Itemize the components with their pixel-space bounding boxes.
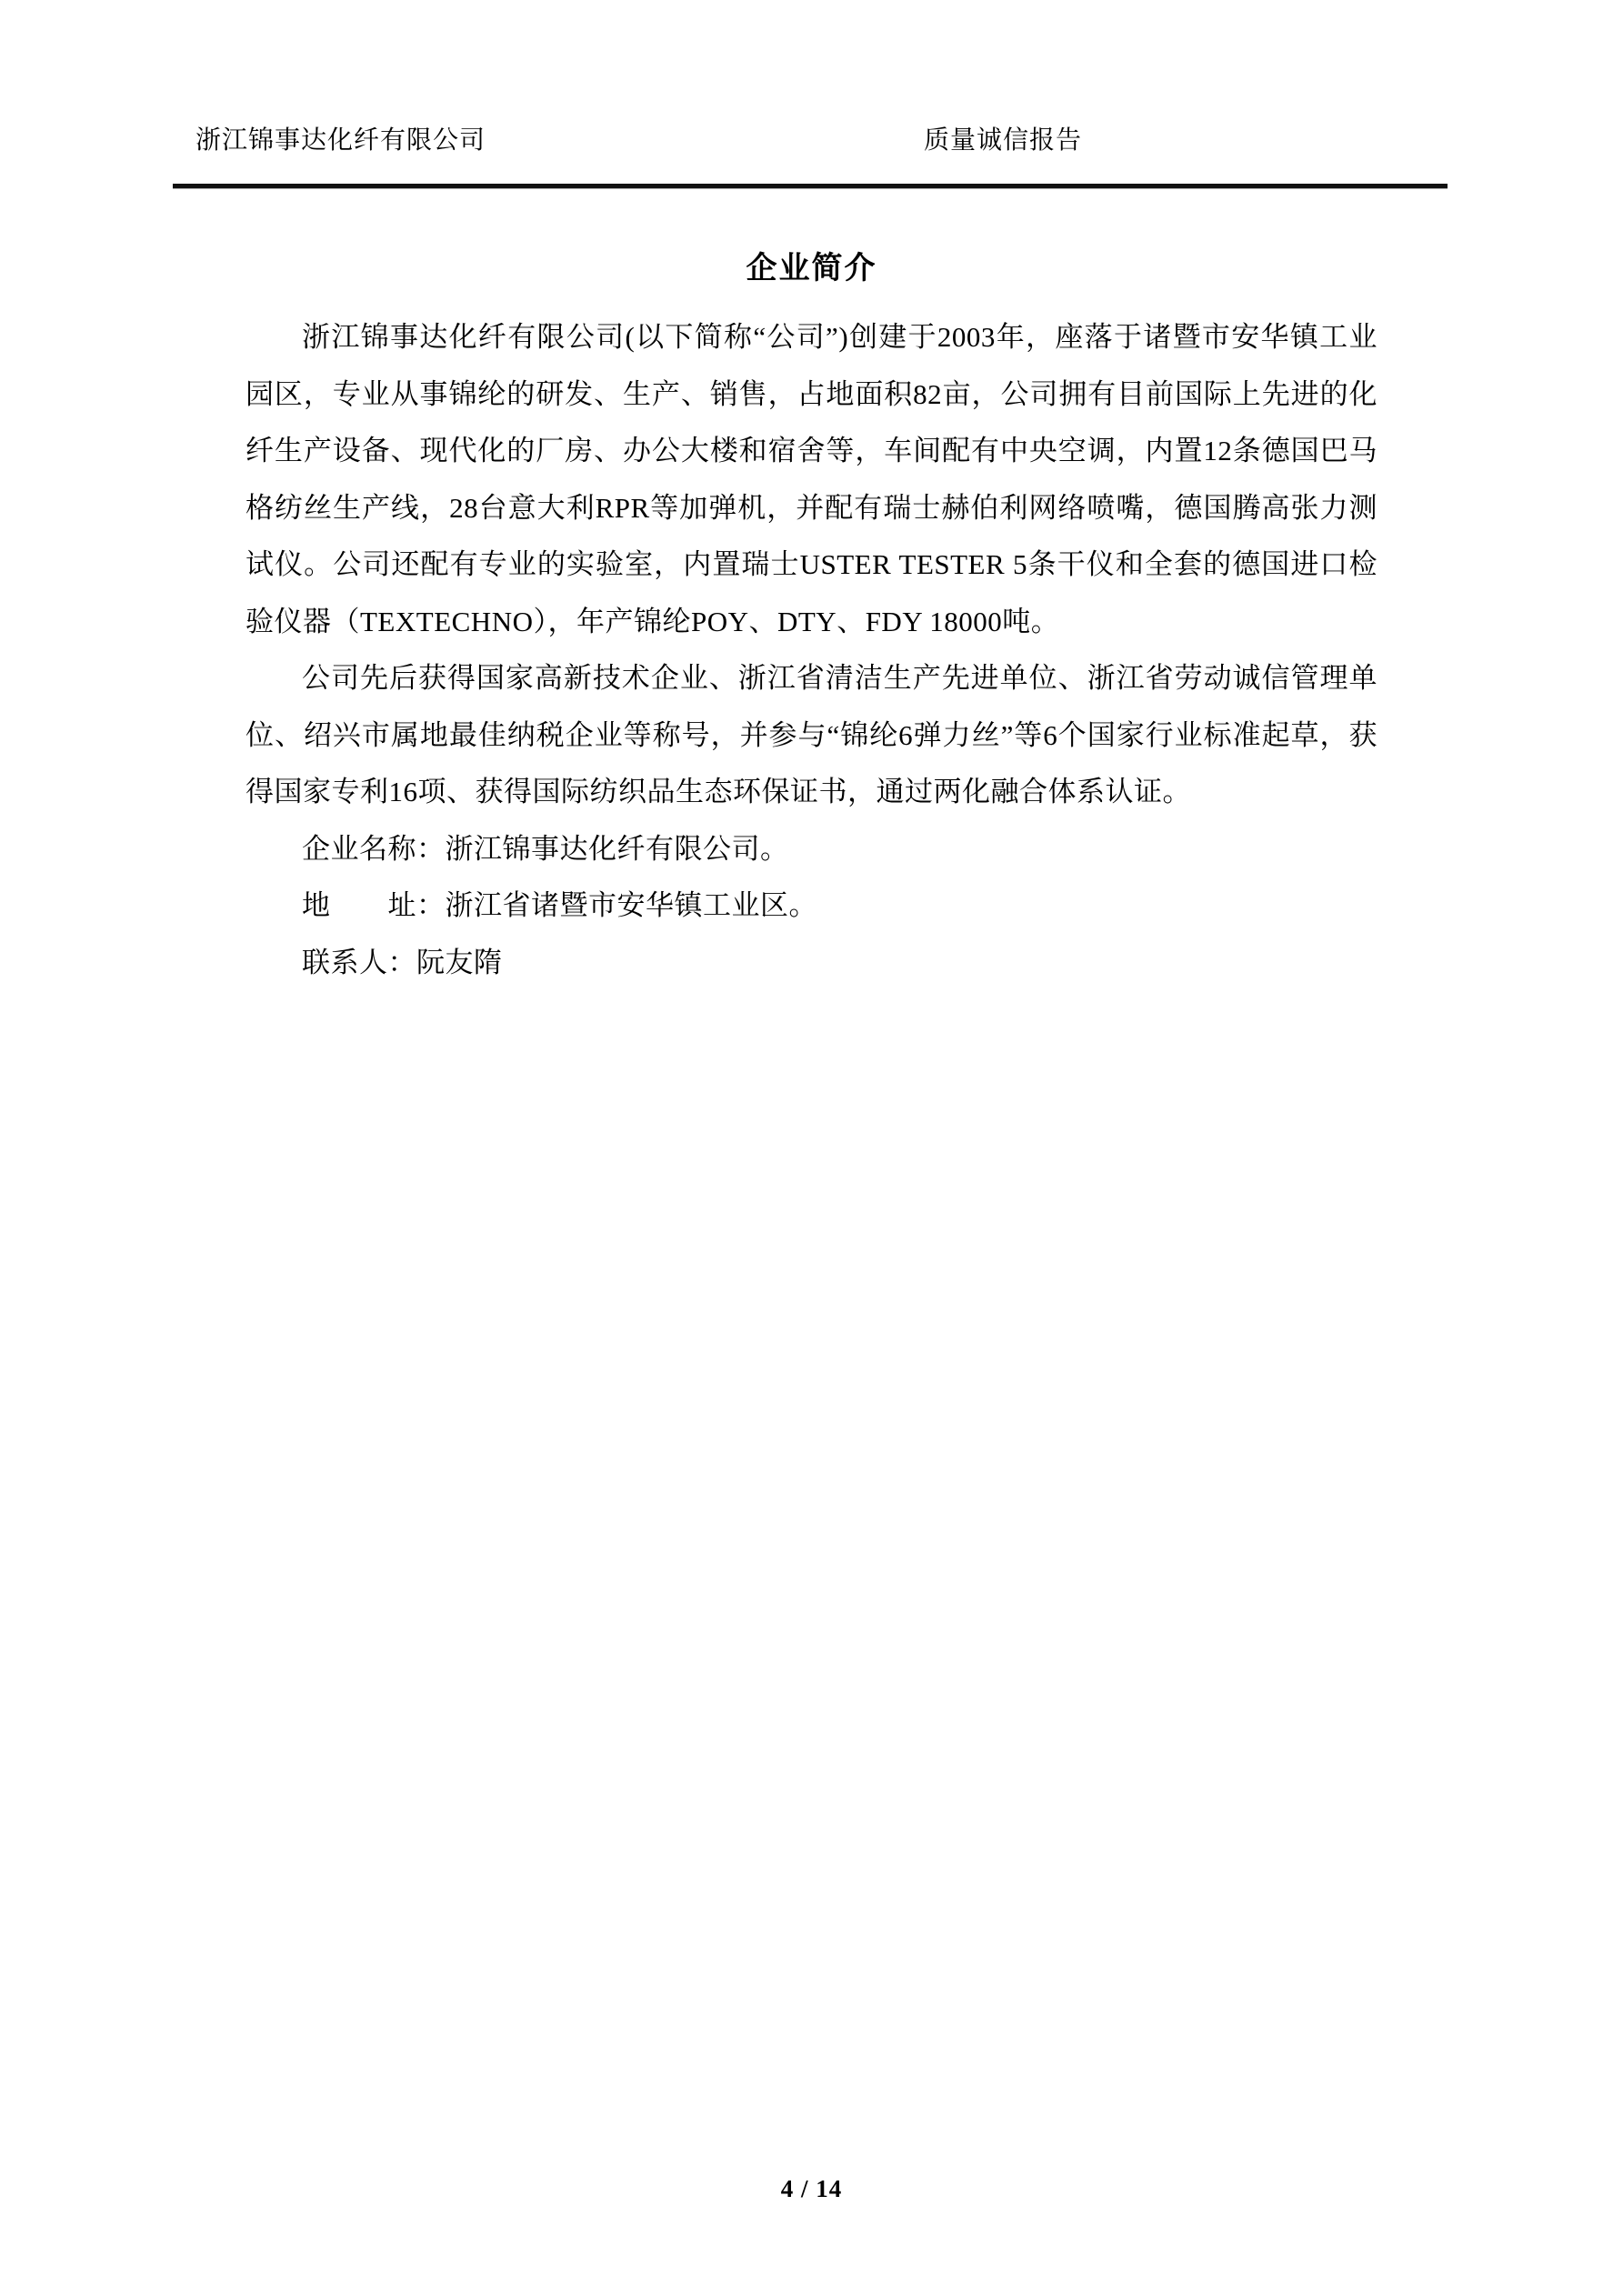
line-address: 地 址：浙江省诸暨市安华镇工业区。 — [245, 877, 1378, 935]
section-title: 企业简介 — [245, 247, 1378, 291]
paragraph-company-intro: 浙江锦事达化纤有限公司(以下简称“公司”)创建于2003年，座落于诸暨市安华镇工… — [245, 309, 1378, 650]
header-company-name: 浙江锦事达化纤有限公司 — [195, 120, 486, 156]
page-header: 浙江锦事达化纤有限公司 质量诚信报告 — [195, 120, 1082, 156]
header-report-title: 质量诚信报告 — [924, 120, 1082, 156]
page-number: 4 / 14 — [781, 2175, 843, 2202]
document-page: 浙江锦事达化纤有限公司 质量诚信报告 企业简介 浙江锦事达化纤有限公司(以下简称… — [0, 0, 1623, 2296]
page-footer: 4 / 14 — [0, 2175, 1623, 2203]
line-contact: 联系人：阮友隋 — [245, 935, 1378, 992]
header-rule — [173, 184, 1448, 189]
document-body: 企业简介 浙江锦事达化纤有限公司(以下简称“公司”)创建于2003年，座落于诸暨… — [245, 247, 1378, 991]
line-company-name: 企业名称：浙江锦事达化纤有限公司。 — [245, 821, 1378, 878]
paragraph-honors: 公司先后获得国家高新技术企业、浙江省清洁生产先进单位、浙江省劳动诚信管理单位、绍… — [245, 650, 1378, 821]
